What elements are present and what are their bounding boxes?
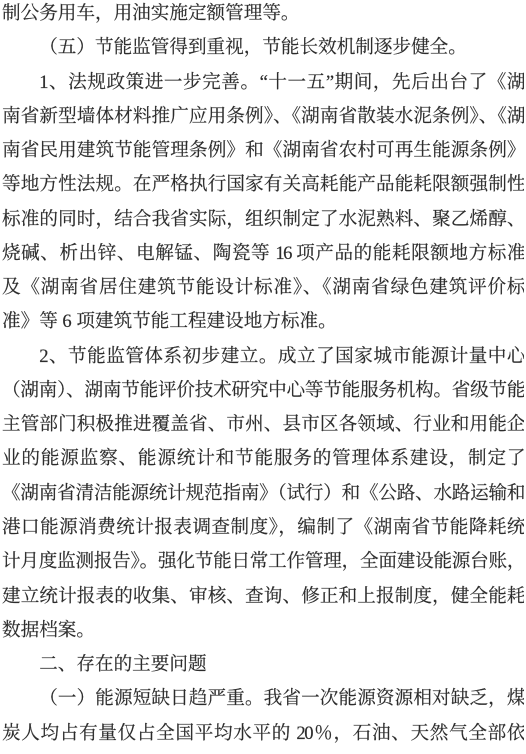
document-page: 制公务用车，用油实施定额管理等。（五）节能监管得到重视，节能长效机制逐步健全。1… xyxy=(0,0,526,754)
paragraph: （一）能源短缺日趋严重。我省一次能源资源相对缺乏，煤炭人均占有量仅占全国平均水平… xyxy=(2,682,524,751)
text-line: 计月度监测报告》。强化节能日常工作管理，全面建设能源台账， xyxy=(2,545,524,579)
paragraph: 2、节能监管体系初步建立。成立了国家城市能源计量中心（湖南）、湖南节能评价技术研… xyxy=(2,340,524,648)
text-line: （五）节能监管得到重视，节能长效机制逐步健全。 xyxy=(2,31,524,65)
text-line: 南省民用建筑节能管理条例》和《湖南省农村可再生能源条例》 xyxy=(2,134,524,168)
paragraph: 1、法规政策进一步完善。“十一五”期间，先后出台了《湖南省新型墙体材料推广应用条… xyxy=(2,66,524,340)
text-line: 制公务用车，用油实施定额管理等。 xyxy=(2,0,524,31)
paragraph: （五）节能监管得到重视，节能长效机制逐步健全。 xyxy=(2,31,524,65)
text-line: 准》等 6 项建筑节能工程建设地方标准。 xyxy=(2,305,524,339)
text-line: 标准的同时，结合我省实际，组织制定了水泥熟料、聚乙烯醇、 xyxy=(2,203,524,237)
text-line: 二、存在的主要问题 xyxy=(2,648,524,682)
text-line: 等地方性法规。在严格执行国家有关高耗能产品能耗限额强制性 xyxy=(2,168,524,202)
text-line: 港口能源消费统计报表调查制度》，编制了《湖南省节能降耗统 xyxy=(2,511,524,545)
text-line: （一）能源短缺日趋严重。我省一次能源资源相对缺乏，煤 xyxy=(2,682,524,716)
text-line: 南省新型墙体材料推广应用条例》、《湖南省散装水泥条例》、《湖 xyxy=(2,100,524,134)
text-line: 烧碱、析出锌、电解锰、陶瓷等 16 项产品的能耗限额地方标准 xyxy=(2,237,524,271)
paragraph: 制公务用车，用油实施定额管理等。 xyxy=(2,0,524,31)
document-body: 制公务用车，用油实施定额管理等。（五）节能监管得到重视，节能长效机制逐步健全。1… xyxy=(0,0,526,751)
text-line: 及《湖南省居住建筑节能设计标准》、《湖南省绿色建筑评价标 xyxy=(2,271,524,305)
paragraph: 二、存在的主要问题 xyxy=(2,648,524,682)
text-line: 主管部门积极推进覆盖省、市州、县市区各领域、行业和用能企 xyxy=(2,408,524,442)
text-line: 业的能源监察、能源统计和节能服务的管理体系建设，制定了 xyxy=(2,442,524,476)
text-line: 建立统计报表的收集、审核、查询、修正和上报制度，健全能耗 xyxy=(2,580,524,614)
text-line: 炭人均占有量仅占全国平均水平的 20％，石油、天然气全部依 xyxy=(2,717,524,751)
text-line: 《湖南省清洁能源统计规范指南》（试行）和《公路、水路运输和 xyxy=(2,477,524,511)
text-line: 数据档案。 xyxy=(2,614,524,648)
text-line: 1、法规政策进一步完善。“十一五”期间，先后出台了《湖 xyxy=(2,66,524,100)
text-line: （湖南）、湖南节能评价技术研究中心等节能服务机构。省级节能 xyxy=(2,374,524,408)
text-line: 2、节能监管体系初步建立。成立了国家城市能源计量中心 xyxy=(2,340,524,374)
